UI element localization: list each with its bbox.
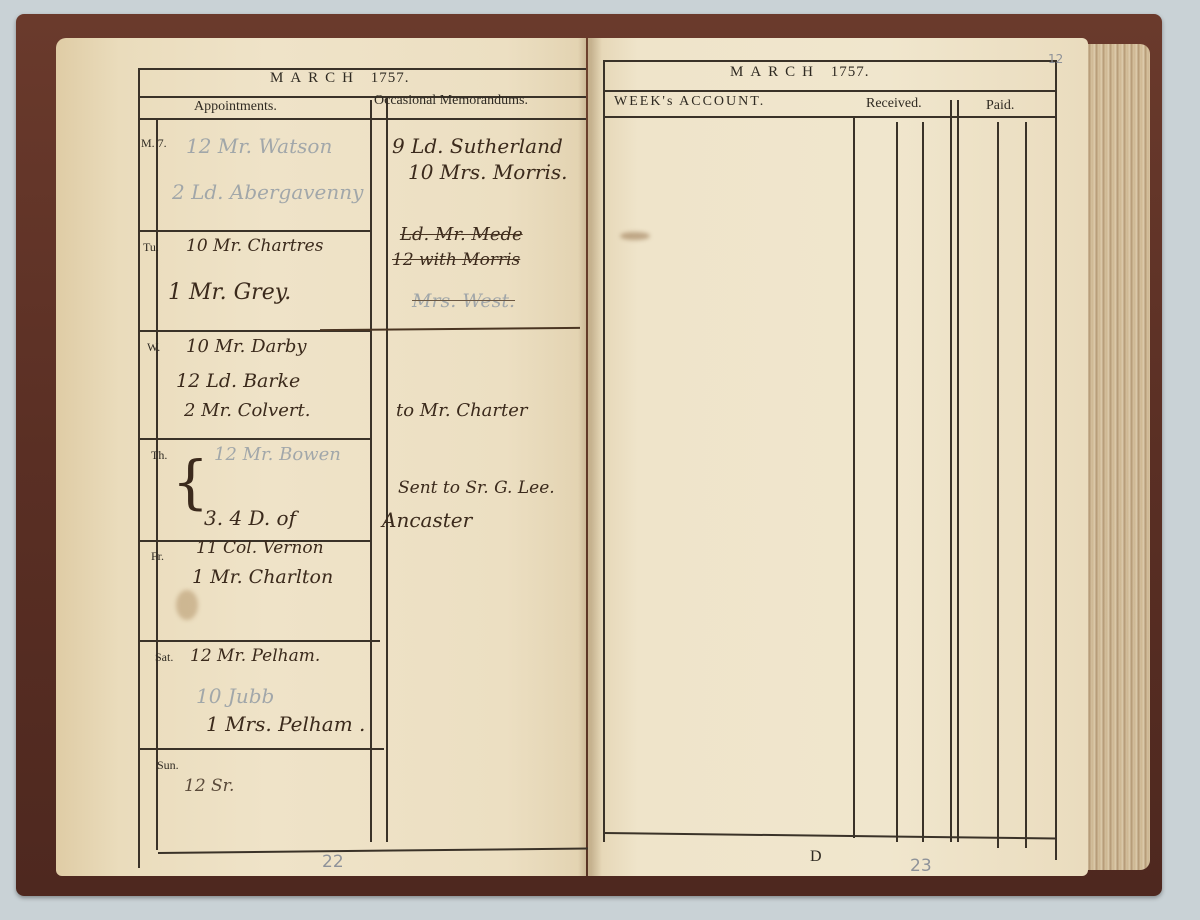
appointment-entry: 12 Mr. Pelham. bbox=[190, 646, 320, 666]
book-gutter bbox=[578, 38, 602, 876]
memorandums-header: Occasional Memorandums. bbox=[374, 93, 528, 109]
day-label-monday: M. 7. bbox=[141, 136, 167, 151]
stain bbox=[176, 590, 198, 620]
memorandum-entry-struck: 12 with Morris bbox=[392, 250, 520, 270]
day-label-wednesday: W. bbox=[147, 340, 160, 355]
appointment-entry: 1 Mr. Charlton bbox=[192, 566, 333, 588]
appointment-entry: 12 Mr. Watson bbox=[186, 134, 332, 158]
year: 1757. bbox=[371, 70, 410, 86]
memorandum-entry: 10 Mrs. Morris. bbox=[408, 160, 567, 184]
right-page-title: MARCH 1757. bbox=[730, 64, 870, 81]
left-page-title: MARCH 1757. bbox=[270, 70, 410, 87]
appointment-entry: 10 Mr. Darby bbox=[186, 336, 307, 357]
memorandum-entry-struck: Ld. Mr. Mede bbox=[400, 224, 523, 245]
appointment-entry: 12 Mr. Bowen bbox=[214, 444, 341, 465]
weeks-account-header: WEEK's ACCOUNT. bbox=[614, 94, 765, 110]
paid-header: Paid. bbox=[986, 98, 1014, 114]
appointment-entry: 10 Jubb bbox=[196, 684, 274, 708]
appointment-entry: 12 Ld. Barke bbox=[176, 370, 300, 392]
day-label-thursday: Th. bbox=[151, 448, 167, 463]
day-label-saturday: Sat. bbox=[155, 650, 173, 665]
month: MARCH bbox=[730, 64, 820, 80]
appointment-entry: 11 Col. Vernon bbox=[196, 538, 324, 558]
corner-page-number: 12 bbox=[1048, 52, 1063, 66]
page-edges-right bbox=[1078, 44, 1150, 870]
memorandum-entry: Ancaster bbox=[382, 508, 472, 532]
month: MARCH bbox=[270, 70, 360, 86]
appointment-entry: 2 Mr. Colvert. bbox=[184, 400, 310, 421]
year: 1757. bbox=[831, 64, 870, 80]
memorandum-entry-struck: Mrs. West. bbox=[412, 290, 515, 312]
day-label-friday: Fr. bbox=[151, 549, 164, 564]
signature-mark: D bbox=[810, 848, 822, 866]
appointment-entry: 1 Mr. Grey. bbox=[168, 280, 291, 305]
memorandum-entry: Sent to Sr. G. Lee. bbox=[398, 478, 555, 498]
appointments-header: Appointments. bbox=[194, 99, 277, 115]
stain bbox=[620, 232, 650, 240]
memorandum-entry: 9 Ld. Sutherland bbox=[392, 134, 563, 158]
appointment-entry: 10 Mr. Chartres bbox=[186, 236, 323, 256]
memorandum-entry: to Mr. Charter bbox=[396, 400, 527, 421]
received-header: Received. bbox=[866, 96, 922, 112]
right-page-number: 23 bbox=[910, 856, 932, 876]
day-label-sunday: Sun. bbox=[157, 758, 179, 773]
appointment-entry: 3. 4 D. of bbox=[204, 506, 296, 530]
right-page bbox=[588, 38, 1088, 876]
day-label-tuesday: Tu. bbox=[143, 240, 159, 255]
appointment-entry: 2 Ld. Abergavenny bbox=[172, 180, 363, 204]
appointment-entry: 12 Sr. bbox=[184, 776, 234, 796]
appointment-entry: 1 Mrs. Pelham . bbox=[206, 712, 365, 736]
left-page-number: 22 bbox=[322, 852, 344, 872]
